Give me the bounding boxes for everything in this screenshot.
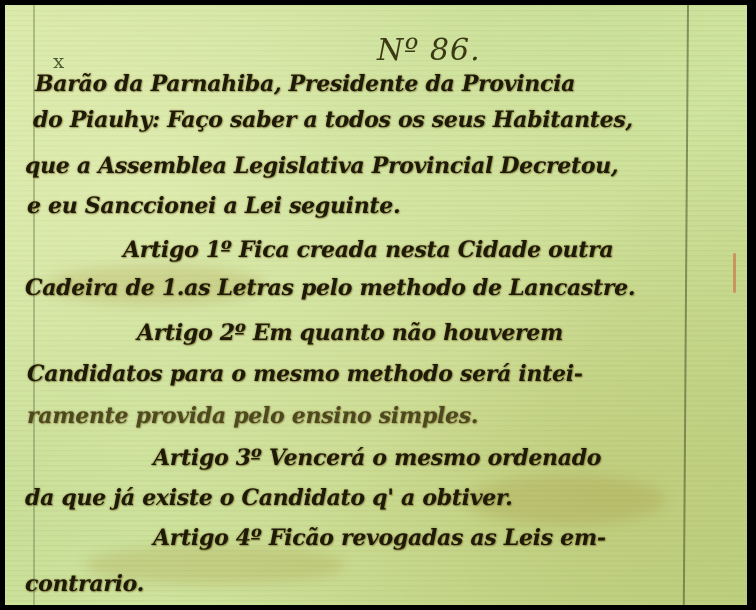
article-3-line-2: da que já existe o Candidato q' a obtive…	[25, 485, 513, 511]
manuscript-page: x Nº 86. Barão da Parnahiba, Presidente …	[5, 5, 747, 605]
article-2-line-1: Artigo 2º Em quanto não houverem	[137, 320, 563, 346]
article-4-line-1: Artigo 4º Ficão revogadas as Leis em-	[153, 525, 606, 551]
article-4-line-2: contrario.	[25, 571, 144, 597]
text-line-3: que a Assemblea Legislativa Provincial D…	[25, 153, 618, 179]
article-1-line-2: Cadeira de 1.as Letras pelo methodo de L…	[25, 275, 635, 301]
text-line-1: Barão da Parnahiba, Presidente da Provin…	[35, 71, 575, 97]
text-line-4: e eu Sanccionei a Lei seguinte.	[27, 193, 400, 219]
margin-x-mark: x	[53, 49, 64, 73]
red-ink-mark	[733, 253, 736, 293]
right-margin-line	[683, 5, 689, 605]
text-line-2: do Piauhy: Faço saber a todos os seus Ha…	[33, 107, 633, 133]
article-2-line-2: Candidatos para o mesmo methodo será int…	[27, 361, 583, 387]
article-1-line-1: Artigo 1º Fica creada nesta Cidade outra	[123, 237, 613, 263]
article-3-line-1: Artigo 3º Vencerá o mesmo ordenado	[153, 445, 601, 471]
article-2-line-3: ramente provida pelo ensino simples.	[27, 403, 478, 429]
document-number: Nº 86.	[377, 33, 481, 68]
